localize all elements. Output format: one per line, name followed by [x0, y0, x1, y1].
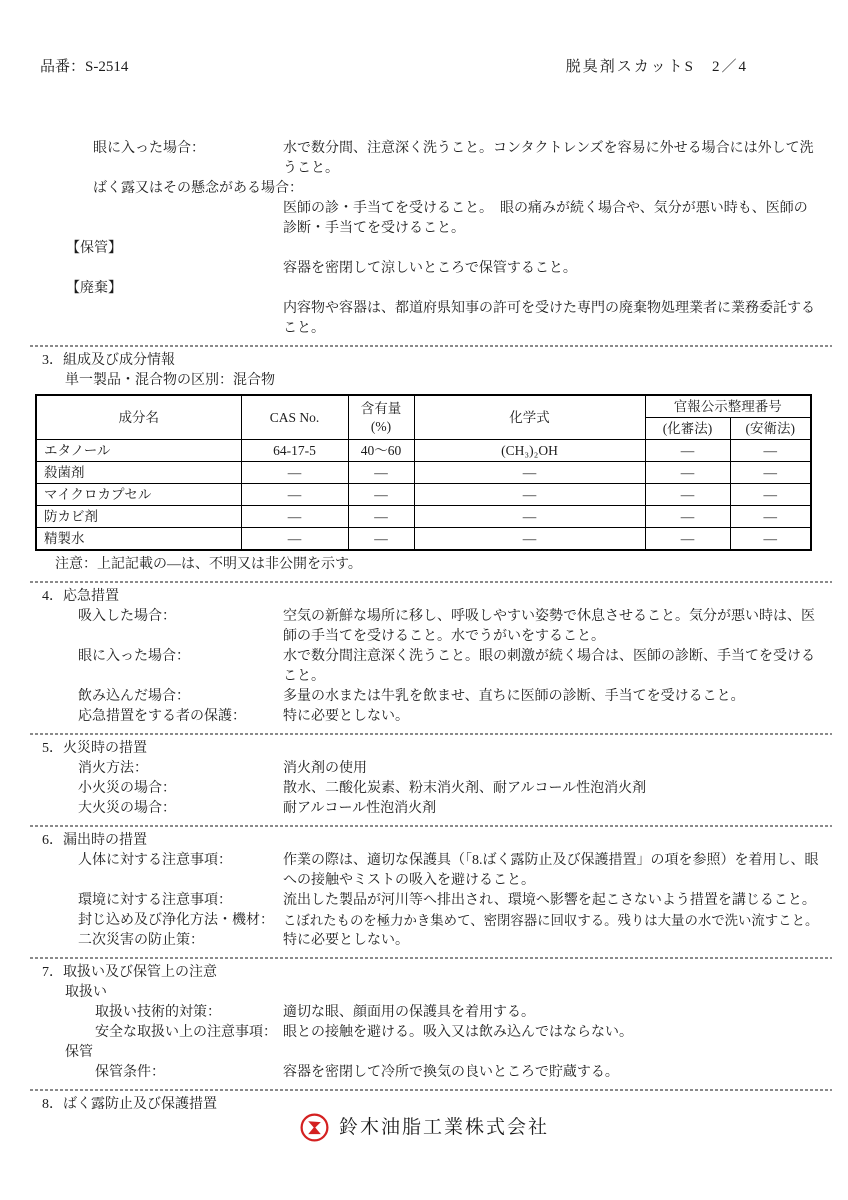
field-label: 人体に対する注意事項： [40, 851, 283, 891]
table-cell: 殺菌剤 [36, 462, 241, 484]
mixture-classification: 単一製品・混合物の区別：混合物 [40, 371, 820, 391]
field-value: 特に必要としない。 [283, 707, 820, 727]
table-cell: ― [414, 528, 645, 551]
column-header-aneihou: (安衛法) [730, 418, 811, 440]
field-label: 二次災害の防止策： [40, 931, 283, 951]
table-cell: ― [241, 528, 348, 551]
field-value: 空気の新鮮な場所に移し、呼吸しやすい姿勢で休息させること。気分が悪い時は、医師の… [283, 607, 820, 647]
field-label: 【廃棄】 [40, 279, 820, 299]
table-cell: (CH₃)₂OH [414, 440, 645, 462]
column-header-component: 成分名 [36, 395, 241, 440]
table-cell: ― [730, 506, 811, 528]
field-label: 眼に入った場合： [40, 139, 283, 179]
field-label: 吸入した場合： [40, 607, 283, 647]
section7-title: 7．取扱い及び保管上の注意 [40, 963, 820, 983]
sds-page: 品番：S-2514 脱臭剤スカットS 2／4 眼に入った場合： 水で数分間、注意… [0, 0, 848, 1200]
field-label: 小火災の場合： [40, 779, 283, 799]
table-cell: 64-17-5 [241, 440, 348, 462]
firstaid-continuation-block: 眼に入った場合： 水で数分間、注意深く洗うこと。コンタクトレンズを容易に外せる場… [40, 139, 820, 339]
table-cell: ― [348, 528, 414, 551]
section-divider [30, 957, 832, 959]
field-row: 環境に対する注意事項： 流出した製品が河川等へ排出され、環境へ影響を起こさないよ… [40, 891, 820, 911]
field-label: 保管条件： [40, 1063, 283, 1083]
table-cell: ― [645, 484, 730, 506]
table-cell: ― [730, 440, 811, 462]
page-footer: 鈴木油脂工業株式会社 [0, 1112, 848, 1143]
table-cell: ― [645, 440, 730, 462]
field-row: 小火災の場合： 散水、二酸化炭素、粉末消火剤、耐アルコール性泡消火剤 [40, 779, 820, 799]
section3-title: 3．組成及び成分情報 [40, 351, 820, 371]
table-cell: ― [730, 528, 811, 551]
field-value: 水で数分間、注意深く洗うこと。コンタクトレンズを容易に外せる場合には外して洗うこ… [283, 139, 820, 179]
field-value: 容器を密閉して冷所で換気の良いところで貯蔵する。 [283, 1063, 820, 1083]
item-number: 品番：S-2514 [40, 57, 128, 77]
column-header-cas: CAS No. [241, 395, 348, 440]
field-value: こぼれたものを極力かき集めて、密閉容器に回収する。残りは大量の水で洗い流すこと。 [283, 911, 820, 931]
field-label: ばく露又はその懸念がある場合： [40, 179, 820, 199]
section-divider [30, 1089, 832, 1091]
table-row: 精製水 ― ― ― ― ― [36, 528, 811, 551]
table-cell: ― [414, 484, 645, 506]
field-value: 散水、二酸化炭素、粉末消火剤、耐アルコール性泡消火剤 [283, 779, 820, 799]
handling-subheading: 取扱い [40, 983, 820, 1003]
composition-table: 成分名 CAS No. 含有量 (%) 化学式 官報公示整理番号 (化審法) (… [35, 394, 812, 551]
field-row: 消火方法： 消火剤の使用 [40, 759, 820, 779]
field-row: 大火災の場合： 耐アルコール性泡消火剤 [40, 799, 820, 819]
column-header-content-pct: 含有量 (%) [348, 395, 414, 440]
section-divider [30, 825, 832, 827]
table-cell: ― [241, 506, 348, 528]
table-cell: 40～60 [348, 440, 414, 462]
table-cell: ― [241, 462, 348, 484]
field-value: 眼との接触を避ける。吸入又は飲み込んではならない。 [283, 1023, 820, 1043]
field-row: 二次災害の防止策： 特に必要としない。 [40, 931, 820, 951]
field-row: 安全な取扱い上の注意事項： 眼との接触を避ける。吸入又は飲み込んではならない。 [40, 1023, 820, 1043]
column-header-gazette-number: 官報公示整理番号 [645, 395, 811, 418]
table-cell: ― [414, 506, 645, 528]
table-row: マイクロカプセル ― ― ― ― ― [36, 484, 811, 506]
suzuki-hourglass-logo-icon [299, 1112, 330, 1143]
field-value: 適切な眼、顔面用の保護具を着用する。 [283, 1003, 820, 1023]
section-divider [30, 733, 832, 735]
section4-title: 4．応急措置 [40, 587, 820, 607]
field-row: 眼に入った場合： 水で数分間、注意深く洗うこと。コンタクトレンズを容易に外せる場… [40, 139, 820, 179]
field-value: 特に必要としない。 [283, 931, 820, 951]
table-cell: ― [645, 462, 730, 484]
table-cell: 防カビ剤 [36, 506, 241, 528]
field-row: 取扱い技術的対策： 適切な眼、顔面用の保護具を着用する。 [40, 1003, 820, 1023]
field-value: 消火剤の使用 [283, 759, 820, 779]
table-cell: マイクロカプセル [36, 484, 241, 506]
field-row: 吸入した場合： 空気の新鮮な場所に移し、呼吸しやすい姿勢で休息させること。気分が… [40, 607, 820, 647]
field-value: 多量の水または牛乳を飲ませ、直ちに医師の診断、手当てを受けること。 [283, 687, 820, 707]
table-cell: ― [241, 484, 348, 506]
field-value: 水で数分間注意深く洗うこと。眼の刺激が続く場合は、医師の診断、手当てを受けること… [283, 647, 820, 687]
field-value: 医師の診・手当てを受けること。 眼の痛みが続く場合や、気分が悪い時も、医師の診断… [40, 199, 820, 239]
section-divider [30, 581, 832, 583]
field-value: 作業の際は、適切な保護具（「8.ばく露防止及び保護措置」の項を参照）を着用し、眼… [283, 851, 820, 891]
field-label: 消火方法： [40, 759, 283, 779]
column-header-formula: 化学式 [414, 395, 645, 440]
table-cell: ― [414, 462, 645, 484]
table-cell: 精製水 [36, 528, 241, 551]
section6-title: 6．漏出時の措置 [40, 831, 820, 851]
table-cell: ― [348, 462, 414, 484]
field-value: 内容物や容器は、都道府県知事の許可を受けた専門の廃棄物処理業者に業務委託すること… [40, 299, 820, 339]
table-cell: ― [645, 528, 730, 551]
table-cell: ― [348, 484, 414, 506]
product-title-page-number: 脱臭剤スカットS 2／4 [566, 57, 820, 77]
field-row: 応急措置をする者の保護： 特に必要としない。 [40, 707, 820, 727]
field-row: 人体に対する注意事項： 作業の際は、適切な保護具（「8.ばく露防止及び保護措置」… [40, 851, 820, 891]
field-label: 安全な取扱い上の注意事項： [40, 1023, 283, 1043]
field-label: 飲み込んだ場合： [40, 687, 283, 707]
table-cell: ― [645, 506, 730, 528]
field-row: 保管条件： 容器を密閉して冷所で換気の良いところで貯蔵する。 [40, 1063, 820, 1083]
field-value: 容器を密閉して涼しいところで保管すること。 [40, 259, 820, 279]
field-label: 環境に対する注意事項： [40, 891, 283, 911]
field-label: 眼に入った場合： [40, 647, 283, 687]
table-cell: ― [348, 506, 414, 528]
field-row: 封じ込め及び浄化方法・機材： こぼれたものを極力かき集めて、密閉容器に回収する。… [40, 911, 820, 931]
page-header: 品番：S-2514 脱臭剤スカットS 2／4 [40, 57, 820, 77]
field-label: 封じ込め及び浄化方法・機材： [40, 911, 283, 931]
storage-subheading: 保管 [40, 1043, 820, 1063]
field-value: 耐アルコール性泡消火剤 [283, 799, 820, 819]
field-row: 眼に入った場合： 水で数分間注意深く洗うこと。眼の刺激が続く場合は、医師の診断、… [40, 647, 820, 687]
field-label: 取扱い技術的対策： [40, 1003, 283, 1023]
column-header-kashinhou: (化審法) [645, 418, 730, 440]
table-row: 殺菌剤 ― ― ― ― ― [36, 462, 811, 484]
table-row: エタノール 64-17-5 40～60 (CH₃)₂OH ― ― [36, 440, 811, 462]
section5-title: 5．火災時の措置 [40, 739, 820, 759]
field-value: 流出した製品が河川等へ排出され、環境へ影響を起こさないよう措置を講じること。 [283, 891, 820, 911]
company-name: 鈴木油脂工業株式会社 [339, 1118, 549, 1138]
table-note: 注意：上記記載の―は、不明又は非公開を示す。 [40, 555, 820, 575]
table-cell: エタノール [36, 440, 241, 462]
table-cell: ― [730, 462, 811, 484]
section-divider [30, 345, 832, 347]
field-label: 【保管】 [40, 239, 820, 259]
field-label: 応急措置をする者の保護： [40, 707, 283, 727]
table-row: 防カビ剤 ― ― ― ― ― [36, 506, 811, 528]
table-cell: ― [730, 484, 811, 506]
field-row: 飲み込んだ場合： 多量の水または牛乳を飲ませ、直ちに医師の診断、手当てを受けるこ… [40, 687, 820, 707]
field-label: 大火災の場合： [40, 799, 283, 819]
